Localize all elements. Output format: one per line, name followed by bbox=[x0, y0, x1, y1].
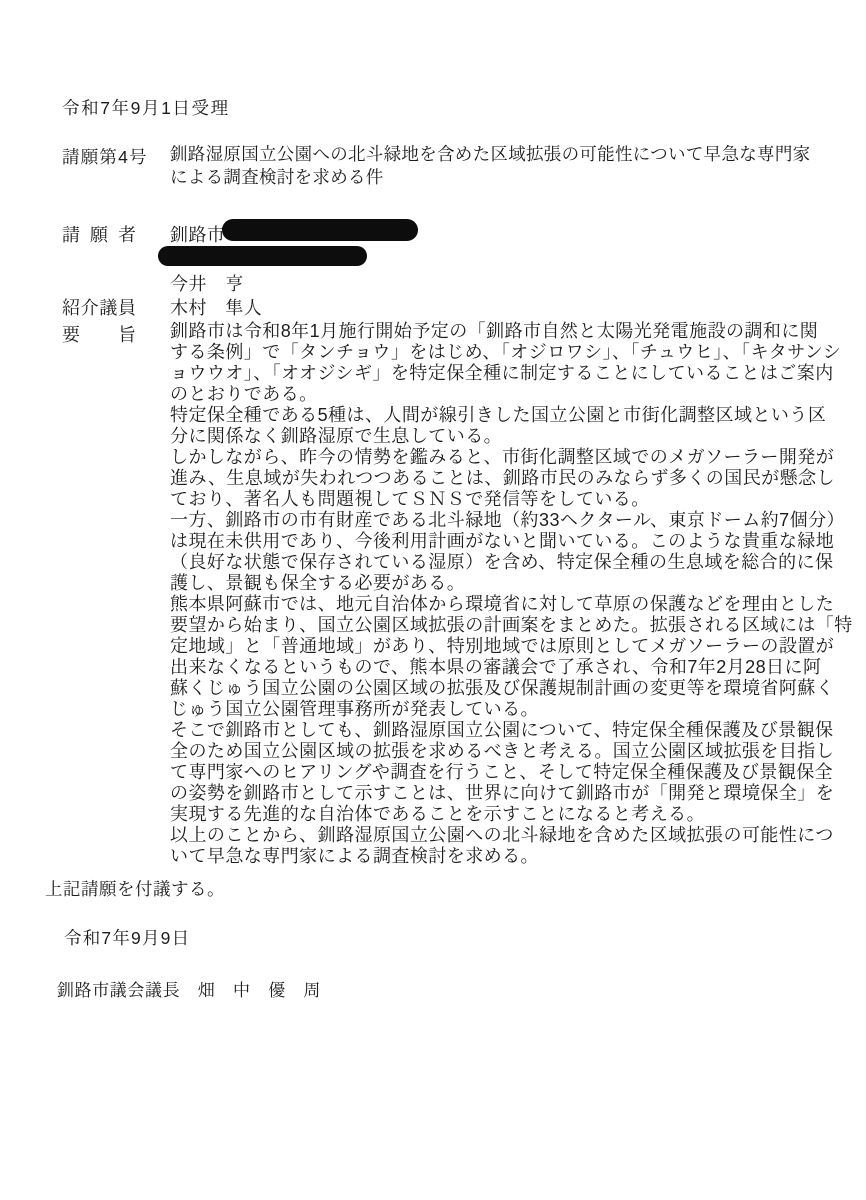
submission-date: 令和7年9月9日 bbox=[64, 925, 190, 950]
text-line: は現在未供用であり、今後利用計画がないと聞いている。このような貴重な緑地 bbox=[170, 531, 853, 552]
council-chair-signature: 釧路市議会議長 畑 中 優 周 bbox=[57, 976, 321, 1001]
text-line: の姿勢を釧路市として示すことは、世界に向けて釧路市が「開発と環境保全」を bbox=[170, 783, 853, 804]
introducer-label: 紹介議員 bbox=[62, 294, 136, 320]
text-line: 出来なくなるというもので、熊本県の審議会で了承され、令和7年2月28日に阿 bbox=[170, 657, 853, 678]
closing-statement: 上記請願を付議する。 bbox=[45, 876, 225, 901]
text-line: 実現する先進的な自治体であることを示すことになると考える。 bbox=[170, 804, 853, 825]
text-line: じゅう国立公園管理事務所が発表している。 bbox=[170, 699, 853, 720]
text-line: 分に関係なく釧路湿原で生息している。 bbox=[170, 426, 853, 447]
petition-document-page: 令和7年9月1日受理 請願第4号 釧路湿原国立公園への北斗緑地を含めた区域拡張の… bbox=[0, 0, 866, 1200]
text-line: （良好な状態で保存されている湿原）を含め、特定保全種の生息域を総合的に保 bbox=[170, 552, 853, 573]
text-line: 進み、生息域が失われつつあることは、釧路市民のみならず多くの国民が懸念し bbox=[170, 468, 853, 489]
redaction-bar-address-line1 bbox=[222, 219, 418, 241]
text-line: する条例」で「タンチョウ」をはじめ、「オジロワシ」、「チュウヒ」、「キタサンシ bbox=[170, 342, 853, 363]
petition-title: 釧路湿原国立公園への北斗緑地を含めた区域拡張の可能性について早急な専門家による調… bbox=[170, 143, 810, 189]
introducer-name: 木村 隼人 bbox=[170, 294, 262, 320]
text-line: 一方、釧路市の市有財産である北斗緑地（約33ヘクタール、東京ドーム約7個分） bbox=[170, 510, 853, 531]
text-line: て専門家へのヒアリングや調査を行うこと、そして特定保全種保護及び景観保全 bbox=[170, 762, 853, 783]
text-line: 蘇くじゅう国立公園の公園区域の拡張及び保護規制計画の変更等を環境省阿蘇く bbox=[170, 678, 853, 699]
petitioner-city: 釧路市 bbox=[170, 221, 225, 247]
text-line: による調査検討を求める件 bbox=[170, 166, 810, 189]
text-line: 熊本県阿蘇市では、地元自治体から環境省に対して草原の保護などを理由とした bbox=[170, 594, 853, 615]
petition-number: 請願第4号 bbox=[62, 144, 148, 169]
text-line: 全のため国立公園区域の拡張を求めるべきと考える。国立公園区域拡張を目指し bbox=[170, 741, 853, 762]
text-line: 釧路湿原国立公園への北斗緑地を含めた区域拡張の可能性について早急な専門家 bbox=[170, 143, 810, 166]
text-line: ており、著名人も問題視してＳＮＳで発信等をしている。 bbox=[170, 489, 853, 510]
text-line: ョウウオ」、「オオジシギ」を特定保全種に制定することにしていることはご案内 bbox=[170, 363, 853, 384]
petitioner-name: 今井 亨 bbox=[170, 270, 244, 296]
text-line: しかしながら、昨今の情勢を鑑みると、市街化調整区域でのメガソーラー開発が bbox=[170, 447, 853, 468]
text-line: 要望から始まり、国立公園区域拡張の計画案をまとめた。拡張される区域には「特 bbox=[170, 615, 853, 636]
text-line: 以上のことから、釧路湿原国立公園への北斗緑地を含めた区域拡張の可能性につ bbox=[170, 825, 853, 846]
summary-label: 要旨 bbox=[62, 321, 136, 347]
redaction-bar-address-line2 bbox=[158, 246, 367, 266]
text-line: 定地域」と「普通地域」があり、特別地域では原則としてメガソーラーの設置が bbox=[170, 636, 853, 657]
text-line: そこで釧路市としても、釧路湿原国立公園について、特定保全種保護及び景観保 bbox=[170, 720, 853, 741]
text-line: 護し、景観も保全する必要がある。 bbox=[170, 573, 853, 594]
text-line: 特定保全種である5種は、人間が線引きした国立公園と市街化調整区域という区 bbox=[170, 405, 853, 426]
text-line: 釧路市は令和8年1月施行開始予定の「釧路市自然と太陽光発電施設の調和に関 bbox=[170, 321, 853, 342]
text-line: のとおりである。 bbox=[170, 384, 853, 405]
text-line: いて早急な専門家による調査検討を求める。 bbox=[170, 846, 853, 867]
summary-body-text: 釧路市は令和8年1月施行開始予定の「釧路市自然と太陽光発電施設の調和に関する条例… bbox=[170, 321, 853, 867]
received-date-stamp: 令和7年9月1日受理 bbox=[62, 95, 230, 120]
petitioner-label: 請願者 bbox=[62, 221, 136, 247]
